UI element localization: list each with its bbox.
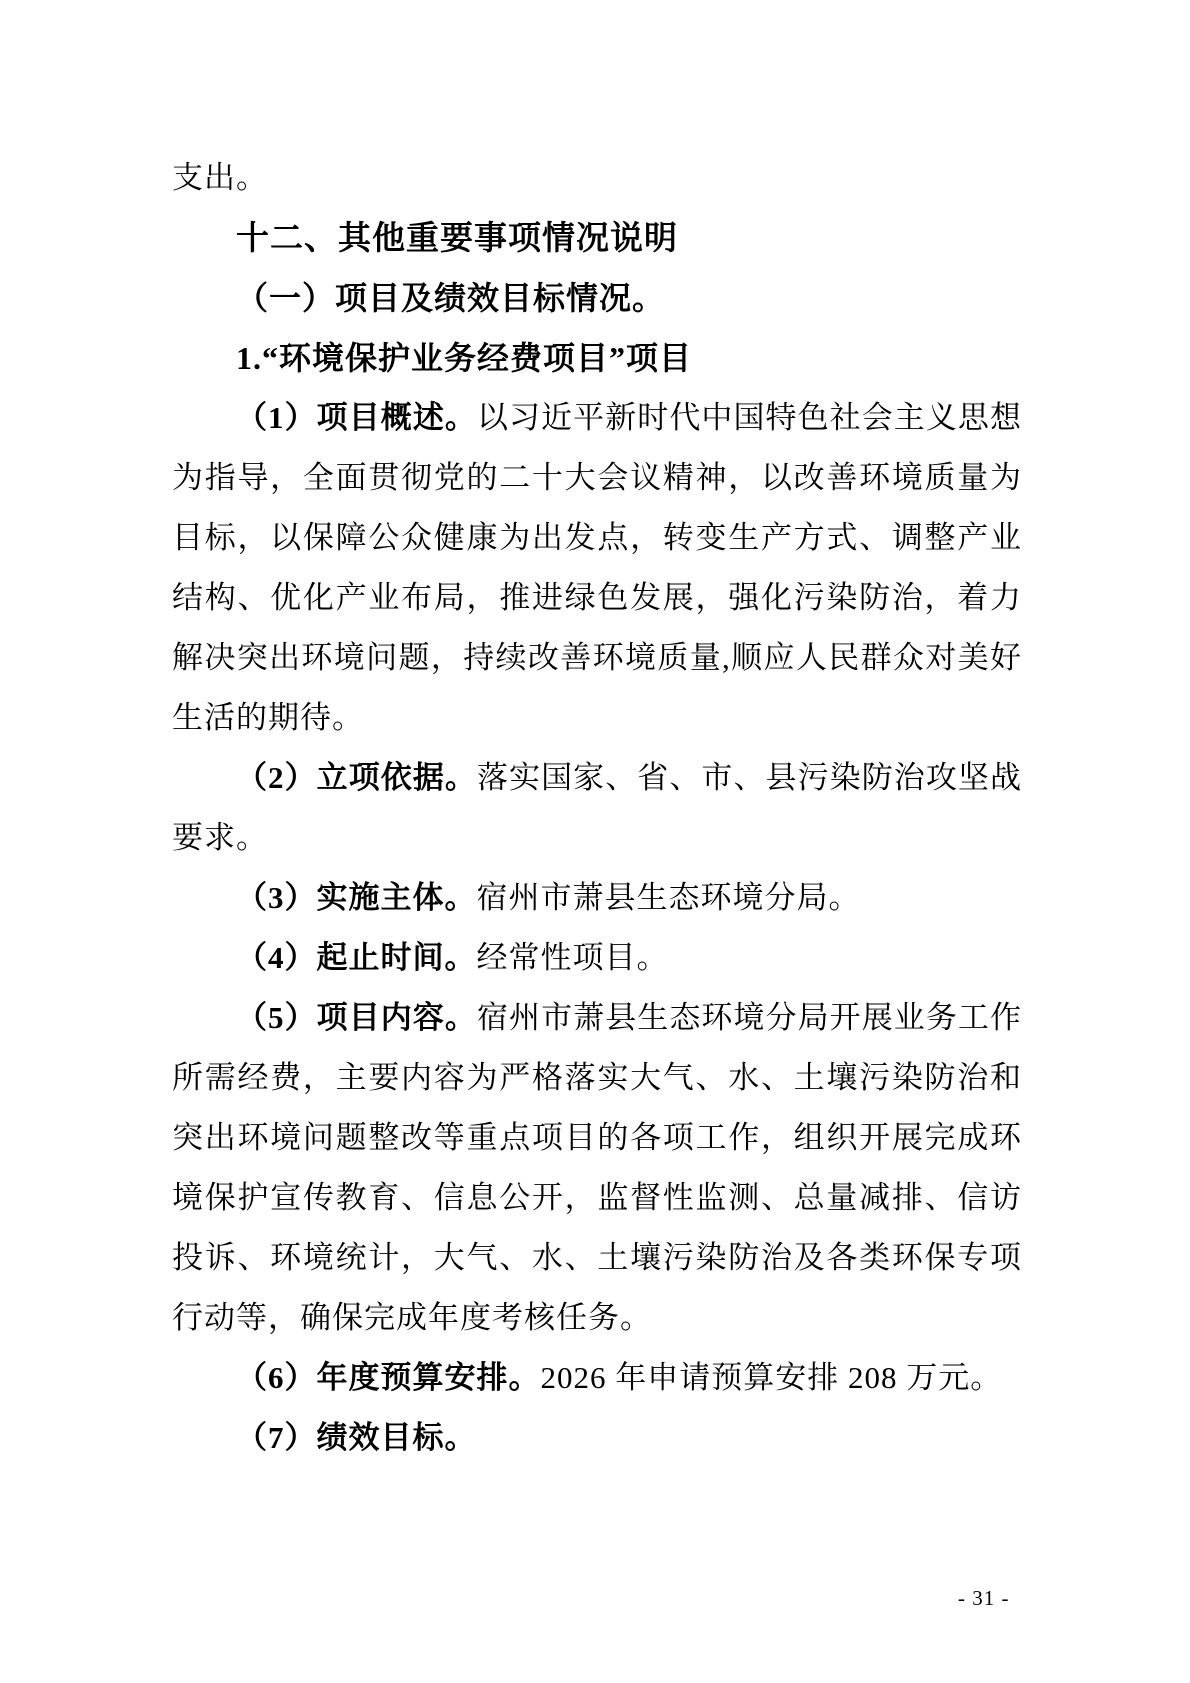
paragraph-label: （4）起止时间。 — [236, 940, 477, 975]
paragraph-label: （7）绩效目标。 — [236, 1420, 477, 1455]
paragraph-text: 宿州市萧县生态环境分局。 — [477, 880, 861, 915]
paragraph-line: （2）立项依据。落实国家、省、市、县污染防治攻坚战 — [172, 748, 1022, 808]
page-number: - 31 - — [958, 1586, 1010, 1611]
paragraph-label: （6）年度预算安排。 — [236, 1360, 541, 1395]
paragraph-continuation-line: 突出环境问题整改等重点项目的各项工作，组织开展完成环 — [172, 1108, 1022, 1168]
paragraph-text: 经常性项目。 — [477, 940, 669, 975]
paragraph-continuation-line: 为指导，全面贯彻党的二十大会议精神，以改善环境质量为 — [172, 448, 1022, 508]
document-body: 支出。 十二、其他重要事项情况说明 （一）项目及绩效目标情况。 1.“环境保护业… — [172, 148, 1022, 1468]
paragraph-line: （4）起止时间。经常性项目。 — [172, 928, 1022, 988]
paragraph-continuation-line: 境保护宣传教育、信息公开，监督性监测、总量减排、信访 — [172, 1168, 1022, 1228]
subsection-heading: （一）项目及绩效目标情况。 — [172, 268, 1022, 328]
paragraph-label: （5）项目内容。 — [236, 1000, 477, 1035]
paragraph-continuation-line: 解决突出环境问题，持续改善环境质量,顺应人民群众对美好 — [172, 628, 1022, 688]
paragraph-line: （7）绩效目标。 — [172, 1408, 1022, 1468]
paragraph-label: （2）立项依据。 — [236, 760, 477, 795]
paragraph-text: 以习近平新时代中国特色社会主义思想 — [477, 400, 1022, 435]
paragraph-continuation-line: 目标，以保障公众健康为出发点，转变生产方式、调整产业 — [172, 508, 1022, 568]
paragraph-continuation-line: 行动等，确保完成年度考核任务。 — [172, 1288, 1022, 1348]
paragraph-line: （5）项目内容。宿州市萧县生态环境分局开展业务工作 — [172, 988, 1022, 1048]
section-heading: 十二、其他重要事项情况说明 — [172, 208, 1022, 268]
paragraph-text: 宿州市萧县生态环境分局开展业务工作 — [477, 1000, 1022, 1035]
paragraph-continuation-line: 结构、优化产业布局，推进绿色发展，强化污染防治，着力 — [172, 568, 1022, 628]
project-title-heading: 1.“环境保护业务经费项目”项目 — [172, 328, 1022, 388]
paragraph-line: （3）实施主体。宿州市萧县生态环境分局。 — [172, 868, 1022, 928]
paragraph-text: 2026 年申请预算安排 208 万元。 — [541, 1360, 1003, 1395]
paragraph-continuation-line: 支出。 — [172, 148, 1022, 208]
paragraph-label: （3）实施主体。 — [236, 880, 477, 915]
paragraph-continuation-line: 投诉、环境统计，大气、水、土壤污染防治及各类环保专项 — [172, 1228, 1022, 1288]
paragraph-continuation-line: 要求。 — [172, 808, 1022, 868]
paragraph-continuation-line: 生活的期待。 — [172, 688, 1022, 748]
paragraph-line: （1）项目概述。以习近平新时代中国特色社会主义思想 — [172, 388, 1022, 448]
paragraph-text: 落实国家、省、市、县污染防治攻坚战 — [477, 760, 1022, 795]
document-page: 支出。 十二、其他重要事项情况说明 （一）项目及绩效目标情况。 1.“环境保护业… — [0, 0, 1190, 1683]
paragraph-line: （6）年度预算安排。2026 年申请预算安排 208 万元。 — [172, 1348, 1022, 1408]
paragraph-label: （1）项目概述。 — [236, 400, 477, 435]
paragraph-continuation-line: 所需经费，主要内容为严格落实大气、水、土壤污染防治和 — [172, 1048, 1022, 1108]
